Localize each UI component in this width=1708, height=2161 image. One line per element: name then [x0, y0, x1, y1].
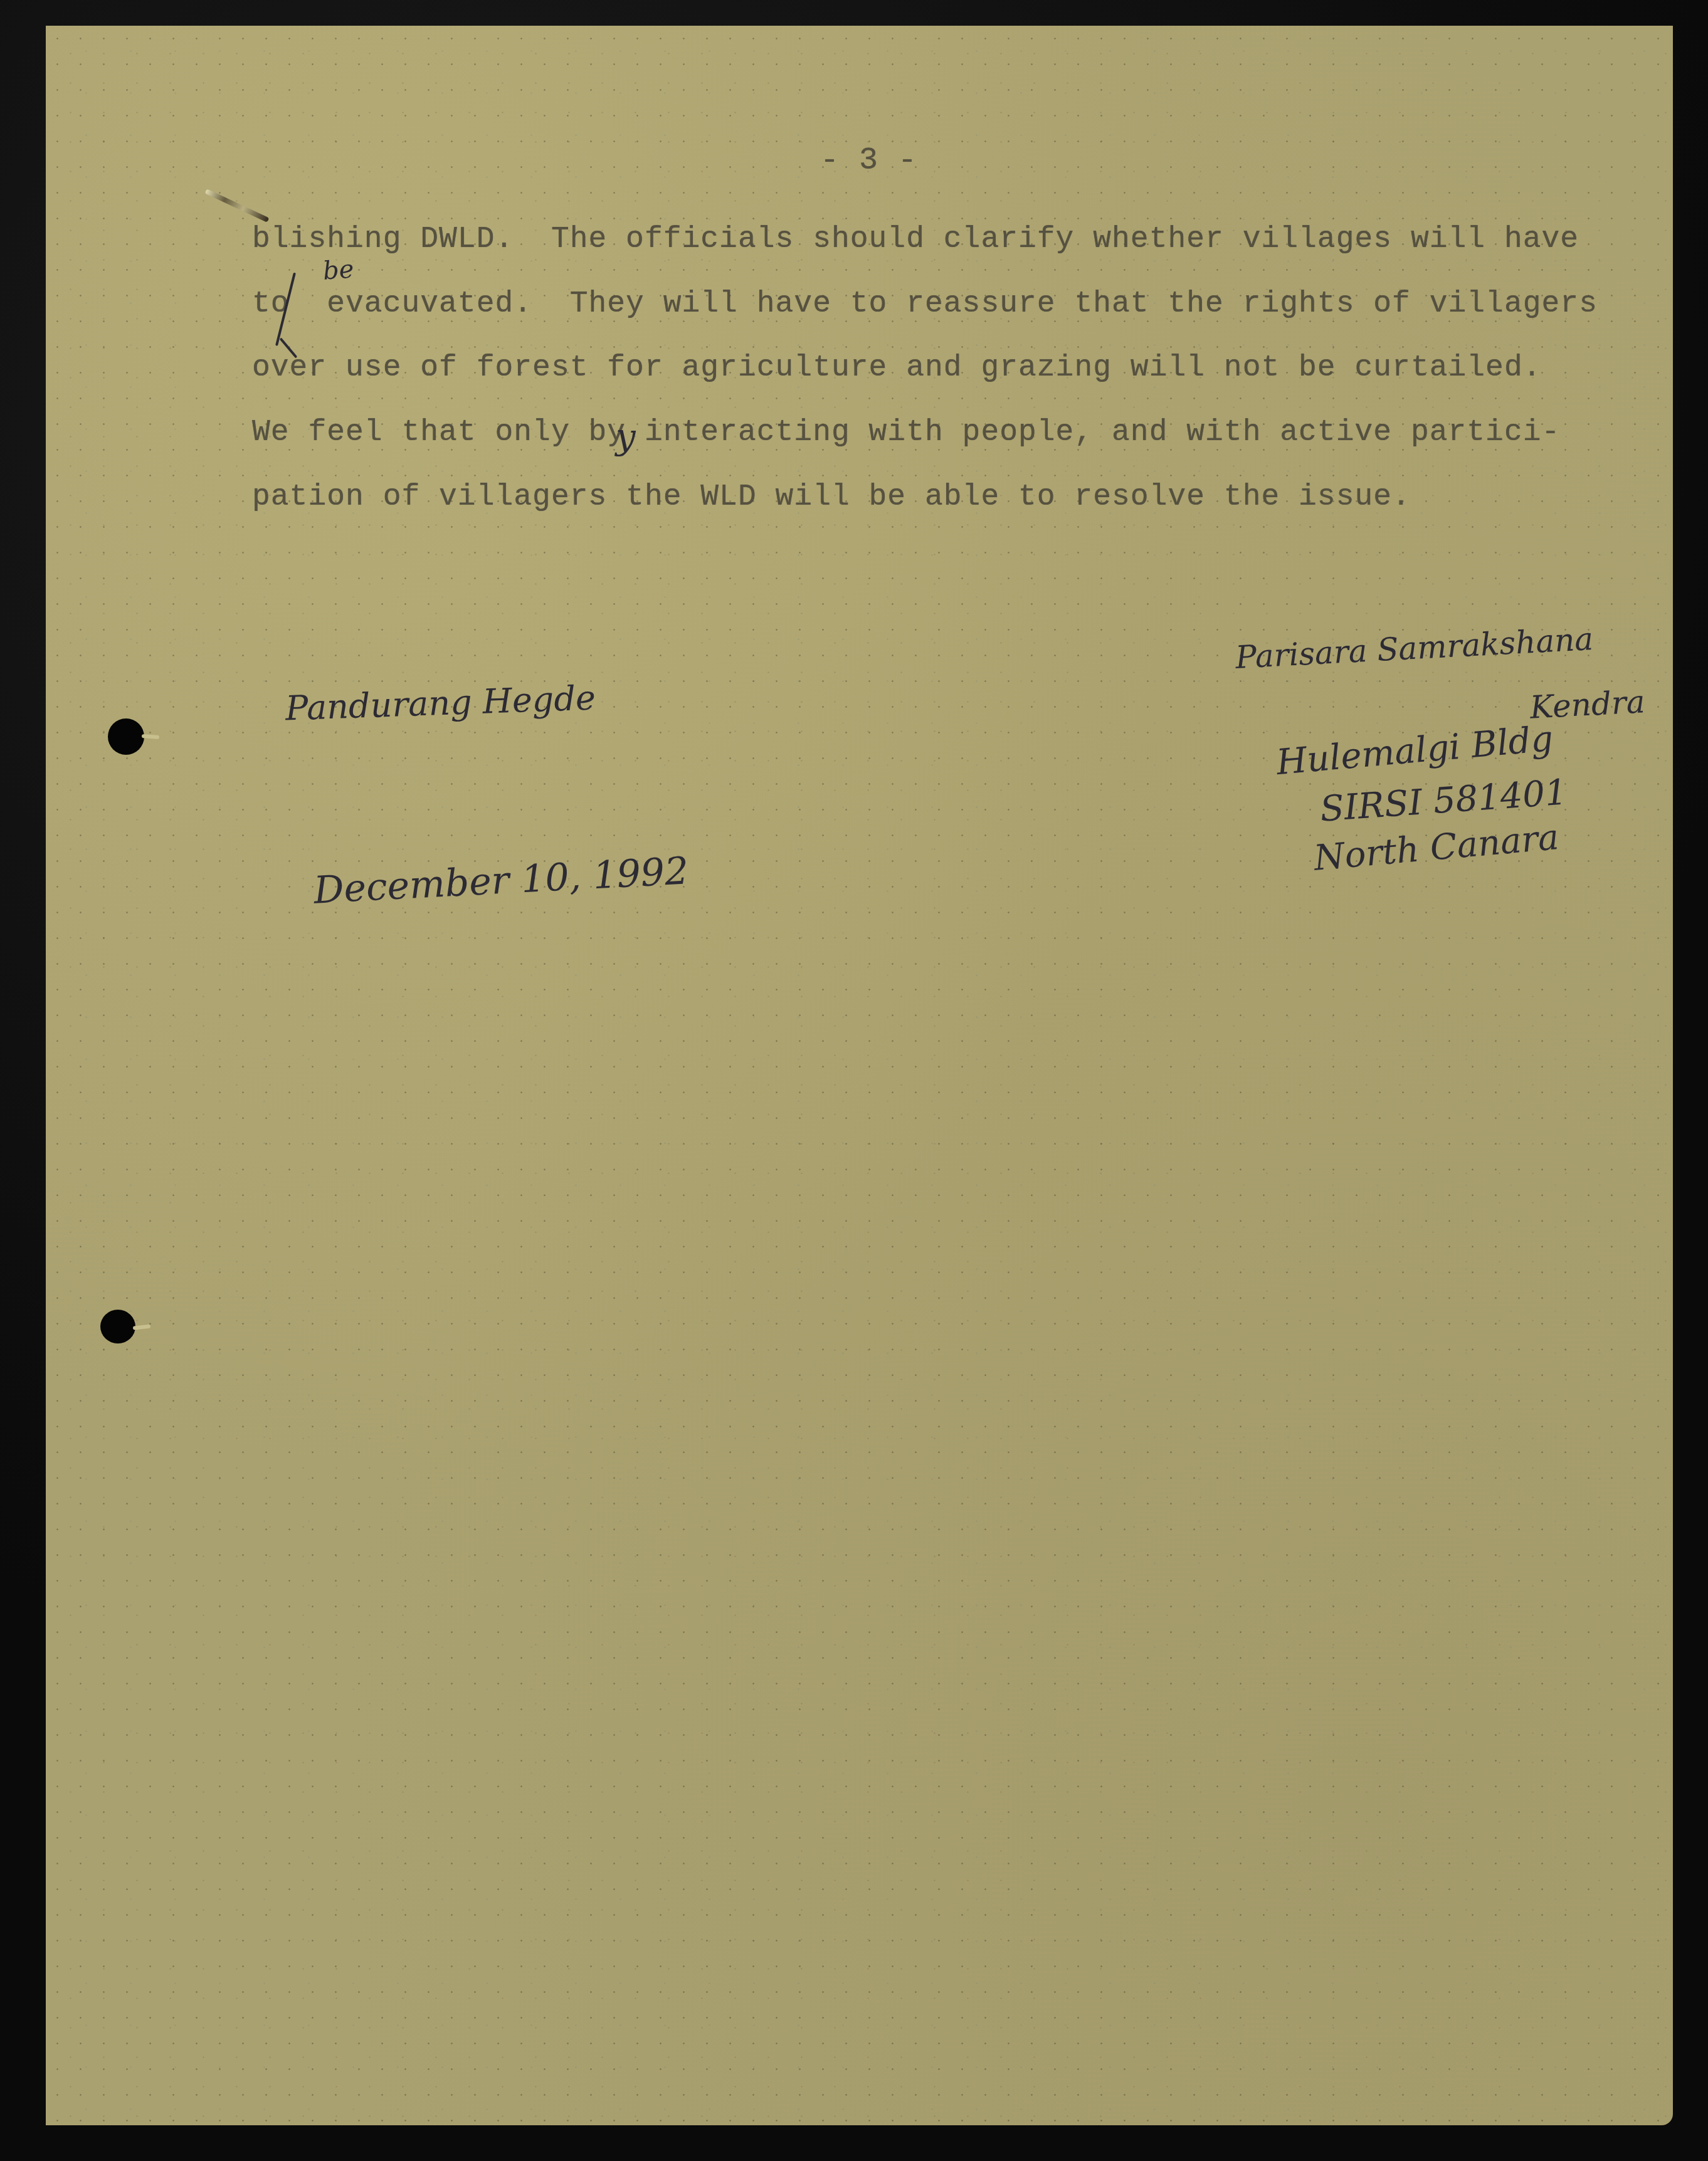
handwritten-correction-y: y: [616, 417, 636, 458]
body-line-1: blishing DWLD. The officials should clar…: [252, 223, 1579, 256]
punch-hole-top: [108, 718, 144, 755]
page-number: - 3 -: [820, 143, 917, 179]
punch-hole-bottom: [100, 1310, 135, 1343]
document-page: [46, 26, 1673, 2125]
body-line-5: pation of villagers the WLD will be able…: [252, 480, 1411, 514]
body-line-4: We feel that only by interacting with pe…: [252, 416, 1560, 450]
handwritten-insertion-be: be: [322, 255, 354, 285]
staple-mark: [204, 189, 269, 223]
body-line-3: over use of forest for agriculture and g…: [252, 351, 1542, 385]
body-line-2: to evacuvated. They will have to reassur…: [252, 287, 1598, 321]
